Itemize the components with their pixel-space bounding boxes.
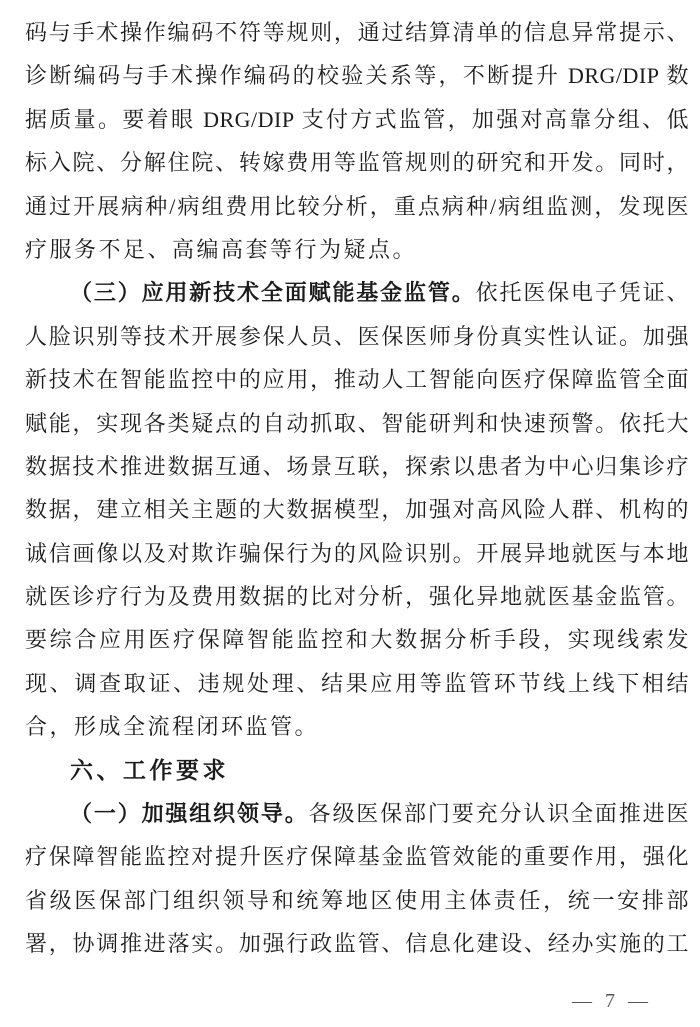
text-run-fangsong: 署，协调推进落实。加强行政监管、信息化建设、经办实施的工 bbox=[25, 931, 689, 956]
text-run-fangsong: 标入院、分解住院、转嫁费用等监管规则的研究和开发。同时， bbox=[25, 150, 689, 175]
text-line-2: 诊断编码与手术操作编码的校验关系等，不断提升 DRG/DIP 数 bbox=[25, 54, 689, 97]
text-line-22: 署，协调推进落实。加强行政监管、信息化建设、经办实施的工 bbox=[25, 922, 689, 965]
text-run-fangsong: 合，形成全流程闭环监管。 bbox=[25, 714, 319, 739]
text-line-10: 赋能，实现各类疑点的自动抓取、智能研判和快速预警。依托大 bbox=[25, 402, 689, 445]
page-number: — 7 — bbox=[572, 990, 652, 1013]
document-body: 码与手术操作编码不符等规则，通过结算清单的信息异常提示、诊断编码与手术操作编码的… bbox=[25, 11, 689, 966]
text-line-9: 新技术在智能监控中的应用，推动人工智能向医疗保障监管全面 bbox=[25, 358, 689, 401]
text-run-fangsong: 通过开展病种/病组费用比较分析，重点病种/病组监测，发现医 bbox=[25, 194, 689, 219]
text-line-7: （三）应用新技术全面赋能基金监管。依托医保电子凭证、 bbox=[25, 271, 689, 314]
text-run-fangsong: 就医诊疗行为及费用数据的比对分析，强化异地就医基金监管。 bbox=[25, 584, 689, 609]
text-line-12: 数据，建立相关主题的大数据模型，加强对高风险人群、机构的 bbox=[25, 488, 689, 531]
text-line-1: 码与手术操作编码不符等规则，通过结算清单的信息异常提示、 bbox=[25, 11, 689, 54]
text-line-14: 就医诊疗行为及费用数据的比对分析，强化异地就医基金监管。 bbox=[25, 575, 689, 618]
text-run-fangsong: 数据，建立相关主题的大数据模型，加强对高风险人群、机构的 bbox=[25, 497, 689, 522]
text-line-11: 数据技术推进数据互通、场景互联，探索以患者为中心归集诊疗 bbox=[25, 445, 689, 488]
text-line-4: 标入院、分解住院、转嫁费用等监管规则的研究和开发。同时， bbox=[25, 141, 689, 184]
text-run-fangsong: 据质量。要着眼 DRG/DIP 支付方式监管，加强对高靠分组、低 bbox=[25, 107, 689, 132]
text-line-15: 要综合应用医疗保障智能监控和大数据分析手段，实现线索发 bbox=[25, 618, 689, 661]
text-run-fangsong: 新技术在智能监控中的应用，推动人工智能向医疗保障监管全面 bbox=[25, 367, 689, 392]
text-run-fangsong: 依托医保电子凭证、 bbox=[476, 280, 689, 305]
text-run-fangsong: 各级医保部门要充分认识全面推进医 bbox=[309, 801, 689, 826]
text-run-heiti: 六、工作要求 bbox=[70, 757, 229, 783]
text-run-fangsong: 赋能，实现各类疑点的自动抓取、智能研判和快速预警。依托大 bbox=[25, 411, 689, 436]
text-line-6: 疗服务不足、高编高套等行为疑点。 bbox=[25, 228, 689, 271]
text-line-13: 诚信画像以及对欺诈骗保行为的风险识别。开展异地就医与本地 bbox=[25, 532, 689, 575]
text-run-fangsong: 数据技术推进数据互通、场景互联，探索以患者为中心归集诊疗 bbox=[25, 454, 689, 479]
text-run-fangsong: 疗保障智能监控对提升医疗保障基金监管效能的重要作用，强化 bbox=[25, 844, 689, 869]
text-run-fangsong: 诚信画像以及对欺诈骗保行为的风险识别。开展异地就医与本地 bbox=[25, 541, 689, 566]
text-run-fangsong: 码与手术操作编码不符等规则，通过结算清单的信息异常提示、 bbox=[25, 20, 689, 45]
text-line-8: 人脸识别等技术开展参保人员、医保医师身份真实性认证。加强 bbox=[25, 315, 689, 358]
document-page: 码与手术操作编码不符等规则，通过结算清单的信息异常提示、诊断编码与手术操作编码的… bbox=[0, 0, 700, 1027]
text-run-kaiti: （三）应用新技术全面赋能基金监管。 bbox=[70, 280, 476, 305]
text-line-3: 据质量。要着眼 DRG/DIP 支付方式监管，加强对高靠分组、低 bbox=[25, 98, 689, 141]
text-line-16: 现、调查取证、违规处理、结果应用等监管环节线上线下相结 bbox=[25, 662, 689, 705]
text-line-17: 合，形成全流程闭环监管。 bbox=[25, 705, 689, 748]
text-run-kaiti: （一）加强组织领导。 bbox=[70, 801, 309, 826]
text-run-fangsong: 疗服务不足、高编高套等行为疑点。 bbox=[25, 237, 417, 262]
text-line-20: 疗保障智能监控对提升医疗保障基金监管效能的重要作用，强化 bbox=[25, 835, 689, 878]
text-run-fangsong: 人脸识别等技术开展参保人员、医保医师身份真实性认证。加强 bbox=[25, 324, 689, 349]
text-line-5: 通过开展病种/病组费用比较分析，重点病种/病组监测，发现医 bbox=[25, 185, 689, 228]
text-run-fangsong: 诊断编码与手术操作编码的校验关系等，不断提升 DRG/DIP 数 bbox=[25, 63, 689, 88]
text-line-21: 省级医保部门组织领导和统筹地区使用主体责任，统一安排部 bbox=[25, 879, 689, 922]
text-run-fangsong: 要综合应用医疗保障智能监控和大数据分析手段，实现线索发 bbox=[25, 627, 689, 652]
text-line-19: （一）加强组织领导。各级医保部门要充分认识全面推进医 bbox=[25, 792, 689, 835]
text-line-18: 六、工作要求 bbox=[25, 749, 689, 792]
text-run-fangsong: 现、调查取证、违规处理、结果应用等监管环节线上线下相结 bbox=[25, 671, 689, 696]
text-run-fangsong: 省级医保部门组织领导和统筹地区使用主体责任，统一安排部 bbox=[25, 888, 689, 913]
